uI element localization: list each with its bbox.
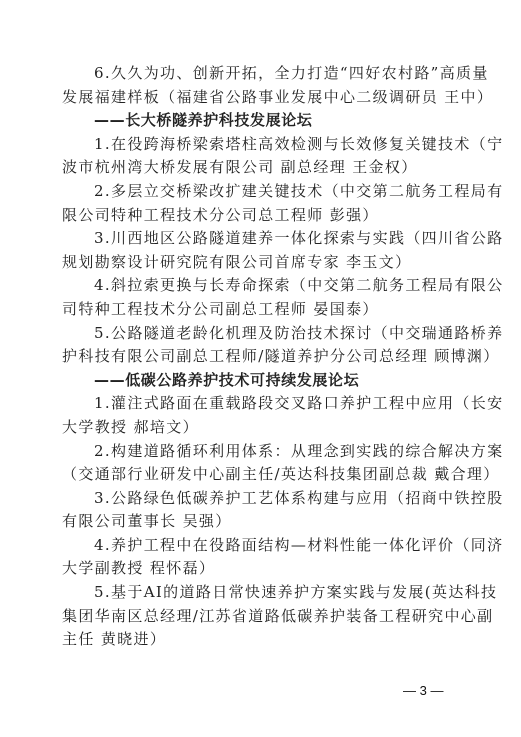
item-line: 1.灌注式路面在重载路段交叉路口养护工程中应用（长安 [62,392,458,416]
item-line: 主任 黄晓进） [62,628,458,652]
item-line: 护科技有限公司副总工程师/隧道养护分公司总经理 顾博渊） [62,345,458,369]
item-line: 1.在役跨海桥梁索塔柱高效检测与长效修复关键技术（宁 [62,133,458,157]
item-line: 6.久久为功、创新开拓，全力打造“四好农村路”高质量 [62,62,458,86]
section-heading-bridge-tunnel-forum: ——长大桥隧养护科技发展论坛 [62,109,458,133]
section-heading-low-carbon-forum: ——低碳公路养护技术可持续发展论坛 [62,369,458,393]
item-line: （交通部行业研发中心副主任/英达科技集团副总裁 戴合理） [62,463,458,487]
item-line: 发展福建样板（福建省公路事业发展中心二级调研员 王中） [62,86,458,110]
item-line: 集团华南区总经理/江苏省道路低碳养护装备工程研究中心副 [62,605,458,629]
item-line: 司特种工程技术分公司副总工程师 晏国泰） [62,298,458,322]
item-line: 3.川西地区公路隧道建养一体化探索与实践（四川省公路 [62,227,458,251]
item-line: 波市杭州湾大桥发展有限公司 副总经理 王金权） [62,156,458,180]
item-line: 限公司特种工程技术分公司总工程师 彭强） [62,204,458,228]
item-line: 5.公路隧道老龄化机理及防治技术探讨（中交瑞通路桥养 [62,322,458,346]
item-line: 2.多层立交桥梁改扩建关键技术（中交第二航务工程局有 [62,180,458,204]
item-line: 规划勘察设计研究院有限公司首席专家 李玉文） [62,251,458,275]
item-line: 4.斜拉索更换与长寿命探索（中交第二航务工程局有限公 [62,274,458,298]
document-body: 6.久久为功、创新开拓，全力打造“四好农村路”高质量 发展福建样板（福建省公路事… [62,62,458,652]
item-line: 5.基于AI的道路日常快速养护方案实践与发展(英达科技 [62,581,458,605]
item-line: 有限公司董事长 吴强） [62,510,458,534]
item-line: 大学教授 郝培文） [62,416,458,440]
item-line: 大学副教授 程怀磊） [62,557,458,581]
item-line: 2.构建道路循环利用体系：从理念到实践的综合解决方案 [62,440,458,464]
item-line: 4.养护工程中在役路面结构—材料性能一体化评价（同济 [62,534,458,558]
page-number: — 3 — [403,683,443,698]
item-line: 3.公路绿色低碳养护工艺体系构建与应用（招商中铁控股 [62,487,458,511]
